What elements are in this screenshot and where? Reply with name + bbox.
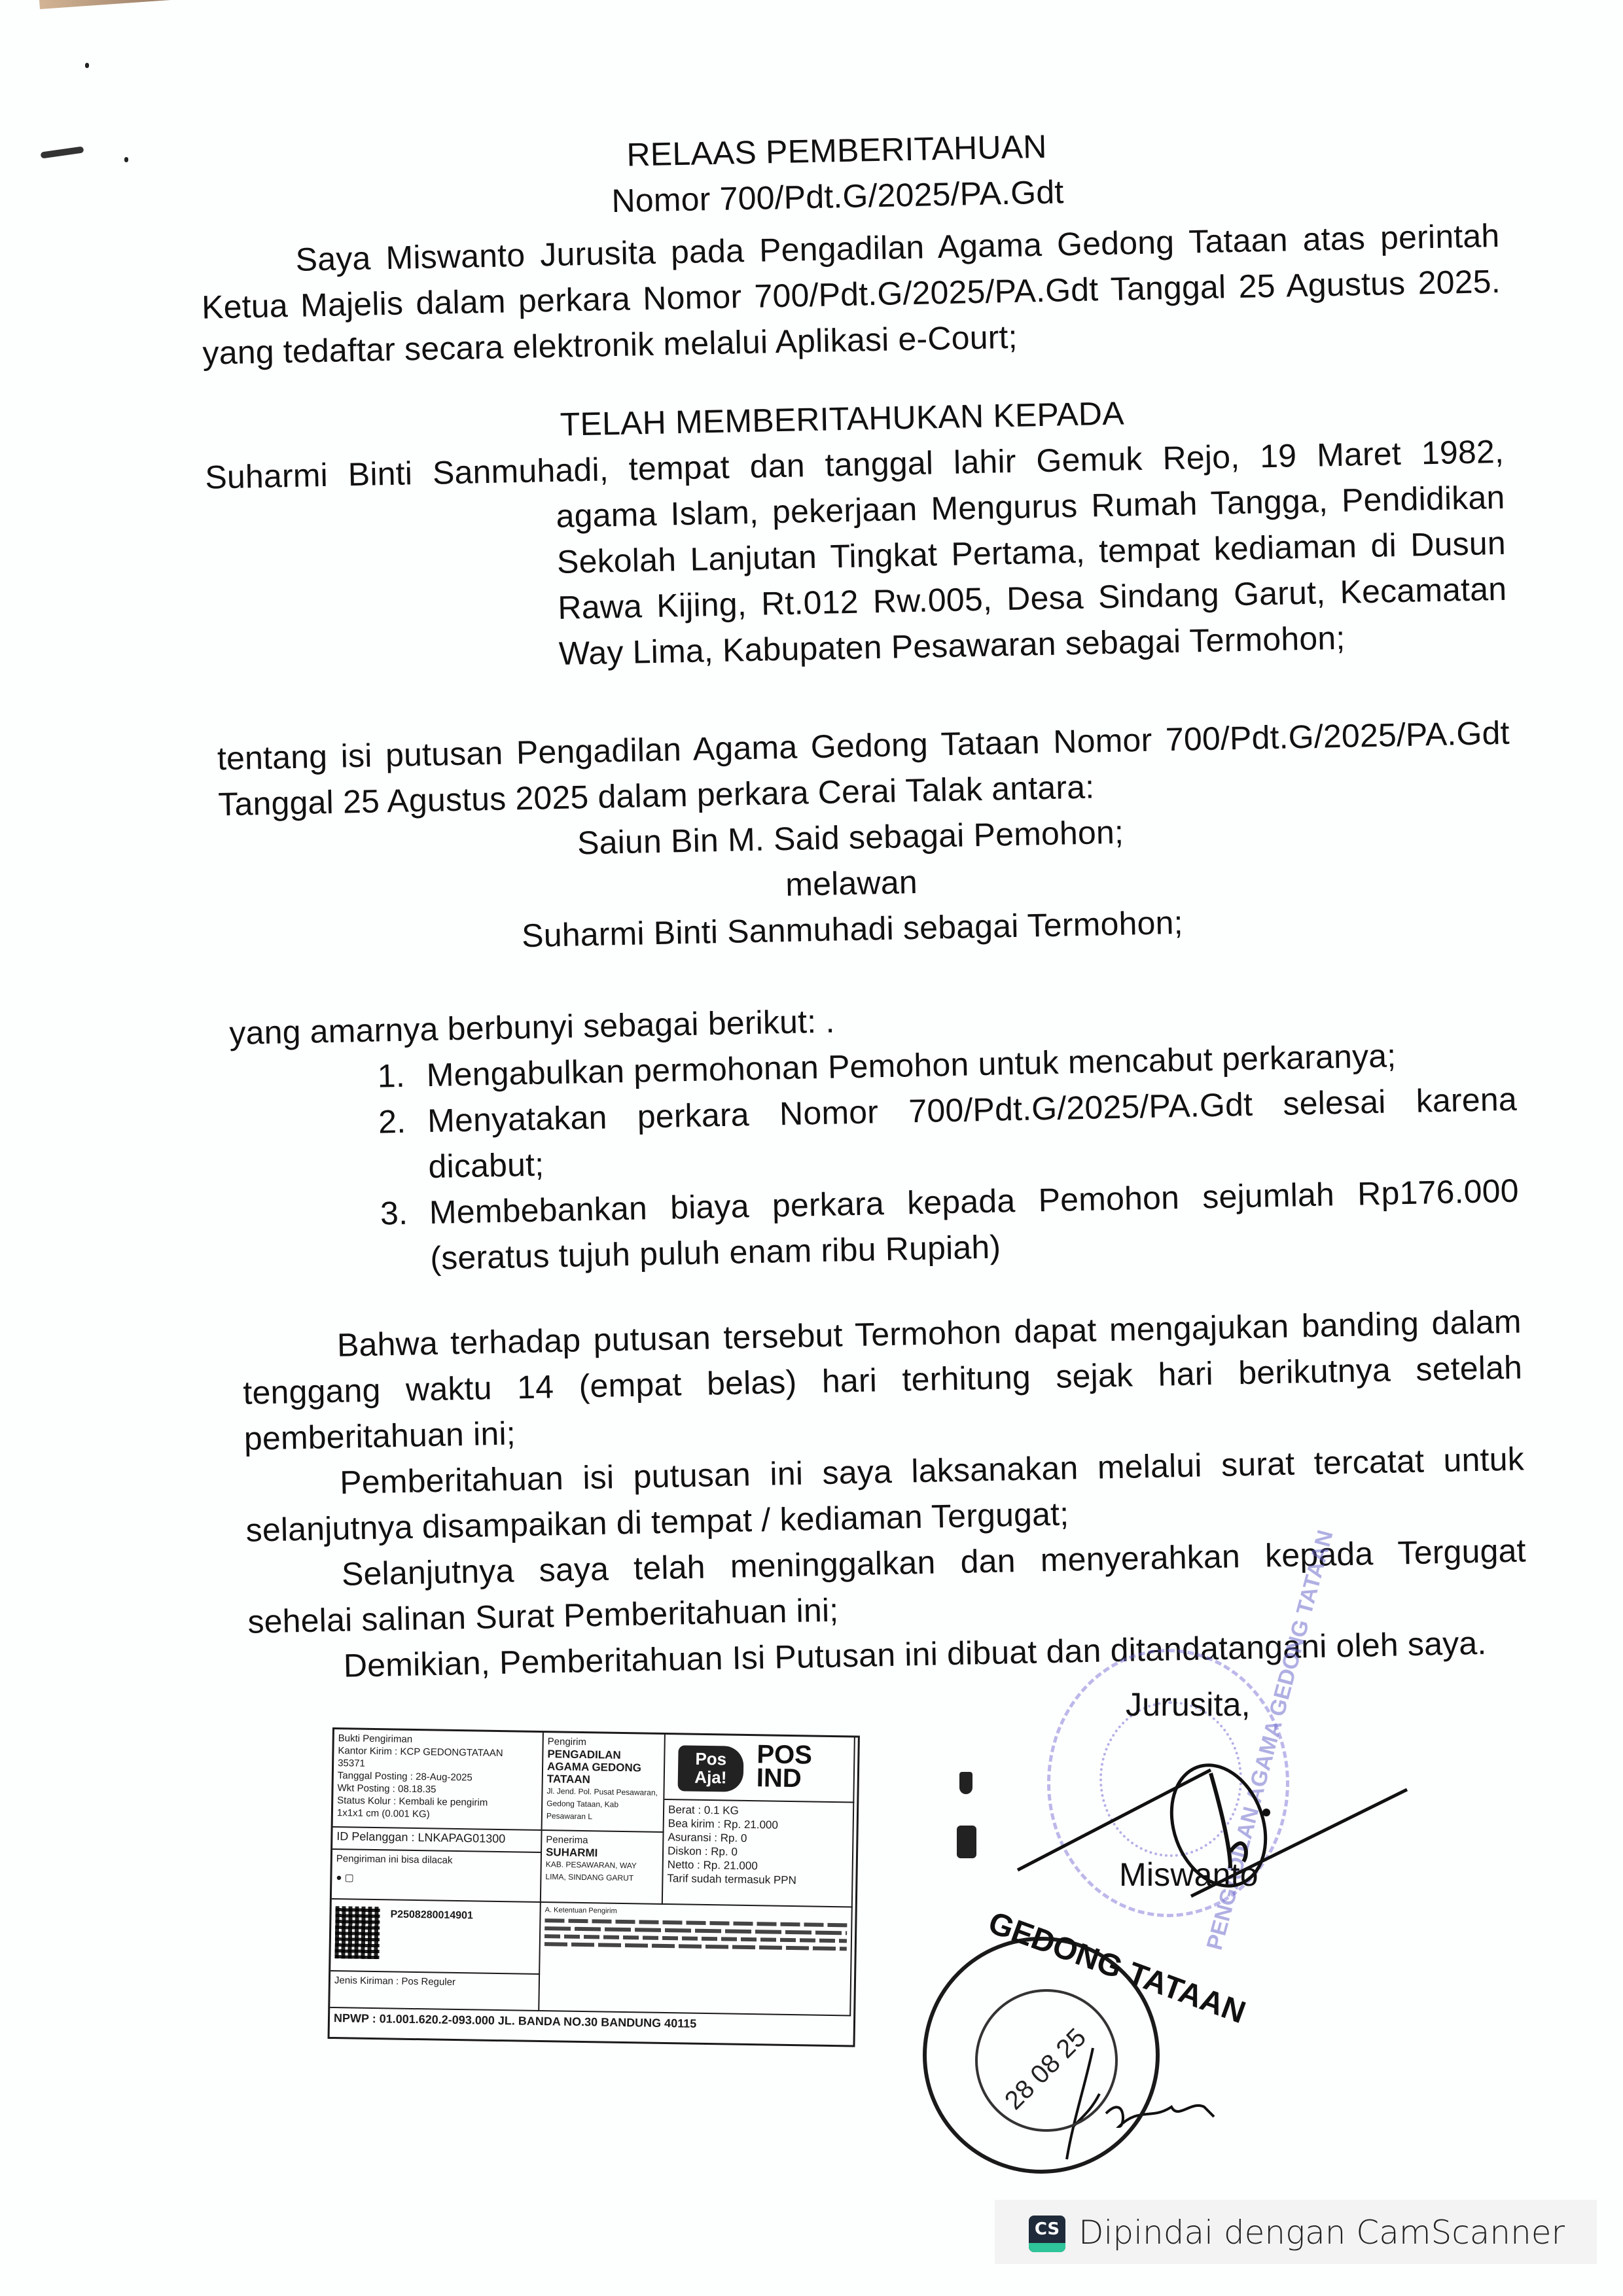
- receipt-recipient: Penerima SUHARMI KAB. PESAWARAN, WAY LIM…: [541, 1831, 664, 1905]
- receipt-npwp: NPWP : 01.001.620.2-093.000 JL. BANDA NO…: [334, 2012, 696, 2030]
- recipient-address: KAB. PESAWARAN, WAY LIMA, SINDANG GARUT: [545, 1858, 658, 1885]
- pos-aja-logo: Pos Aja!: [678, 1745, 744, 1792]
- receipt-charges: Berat : 0.1 KG Bea kirim : Rp. 21.000 As…: [663, 1800, 854, 1908]
- terms-fine-print: [544, 1926, 847, 1935]
- receipt-terms: A. Ketentuan Pengirim: [539, 1903, 853, 2016]
- receipt-service-type: Jenis Kiriman : Pos Reguler: [330, 1971, 540, 2011]
- terms-fine-print: [544, 1918, 847, 1927]
- qr-code-icon: [334, 1906, 380, 1959]
- terms-fine-print: [544, 1934, 847, 1943]
- tax-note: Tarif sudah termasuk PPN: [667, 1871, 847, 1888]
- receipt-barcode-cell: P2508280014901: [330, 1899, 541, 1975]
- receipt-brand: Pos Aja! POS IND: [664, 1735, 855, 1803]
- terms-label: A. Ketentuan Pengirim: [545, 1905, 847, 1919]
- postal-receipt: Bukti Pengiriman Kantor Kirim : KCP GEDO…: [328, 1727, 860, 2047]
- receipt-sender: Pengirim PENGADILAN AGAMA GEDONG TATAAN …: [543, 1733, 666, 1833]
- receipt-note-text: Pengiriman ini bisa dilacak: [336, 1852, 537, 1868]
- receipt-barcode-id: P2508280014901: [390, 1908, 473, 1922]
- camscanner-logo-icon: CS: [1029, 2216, 1065, 2252]
- sender-name: PENGADILAN AGAMA GEDONG TATAAN: [547, 1748, 660, 1787]
- sender-address: Jl. Jend. Pol. Pusat Pesawaran, Gedong T…: [546, 1785, 660, 1824]
- camscanner-text: Dipindai dengan CamScanner: [1079, 2214, 1565, 2251]
- pos-aja-badge-icon: [957, 1826, 976, 1858]
- camscanner-watermark: CS Dipindai dengan CamScanner: [995, 2200, 1597, 2264]
- receipt-customer-id-text: ID Pelanggan : LNKAPAG01300: [336, 1830, 537, 1846]
- pos-bird-icon: [959, 1772, 972, 1794]
- pos-indonesia-logo: POS IND: [757, 1742, 854, 1791]
- receipt-tracking-note: Pengiriman ini bisa dilacak ● ▢: [332, 1850, 542, 1903]
- terms-fine-print: [544, 1942, 847, 1951]
- receipt-dimension: 1x1x1 cm (0.001 KG): [337, 1807, 537, 1822]
- receipt-service-text: Jenis Kiriman : Pos Reguler: [334, 1974, 535, 1990]
- receipt-checkbox-icons: ● ▢: [336, 1871, 536, 1887]
- receipt-customer-id: ID Pelanggan : LNKAPAG01300: [332, 1828, 542, 1853]
- receipt-sender-office: Bukti Pengiriman Kantor Kirim : KCP GEDO…: [333, 1729, 544, 1831]
- scanned-page: RELAAS PEMBERITAHUAN Nomor 700/Pdt.G/202…: [0, 0, 1623, 2296]
